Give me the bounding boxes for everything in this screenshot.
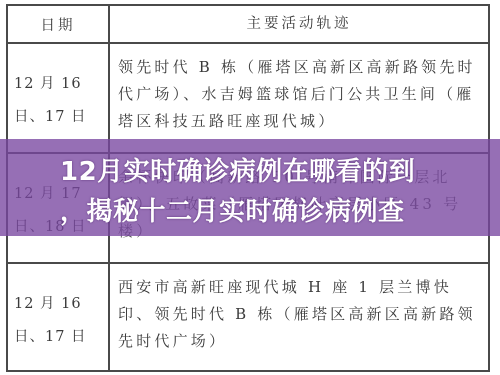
- headline-line-2: ，揭秘十二月实时确诊病例查: [60, 191, 405, 228]
- header-date: 日期: [8, 6, 110, 42]
- row-activity: 西安市高新旺座现代城 H 座 1 层兰博快印、领先时代 B 栋（雁塔区高新区高新…: [110, 264, 488, 370]
- article-headline[interactable]: 12月实时确诊病例在哪看的到 ，揭秘十二月实时确诊病例查: [0, 139, 500, 236]
- row-date: 12 月 16 日、17 日: [14, 68, 87, 134]
- headline-line-1: 12月实时确诊病例在哪看的到: [60, 151, 415, 188]
- table-row: 12 月 16 日、17 日 西安市高新旺座现代城 H 座 1 层兰博快印、领先…: [8, 264, 488, 370]
- row-date-cell: 12 月 16 日、17 日: [8, 44, 110, 152]
- table-header-row: 日期 主要活动轨迹: [8, 6, 488, 44]
- header-activity: 主要活动轨迹: [110, 6, 488, 42]
- row-date-cell: 12 月 16 日、17 日: [8, 264, 110, 370]
- table-row: 12 月 16 日、17 日 领先时代 B 栋（雁塔区高新区高新路领先时代广场）…: [8, 44, 488, 154]
- row-activity: 领先时代 B 栋（雁塔区高新区高新路领先时代广场）、水吉姆篮球馆后门公共卫生间（…: [110, 44, 488, 152]
- row-date: 12 月 16 日、17 日: [14, 288, 87, 354]
